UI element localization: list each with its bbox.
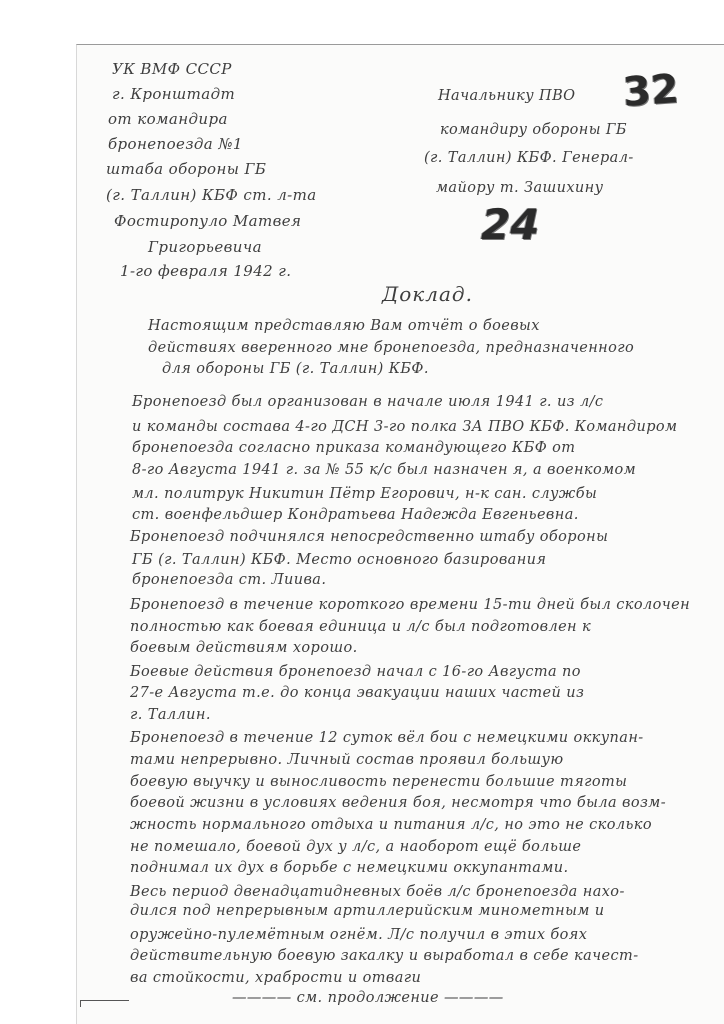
body-line: боевым действиям хорошо. bbox=[130, 640, 358, 656]
body-line: г. Таллин. bbox=[130, 707, 211, 723]
sender-line: 1-го февраля 1942 г. bbox=[120, 262, 291, 280]
body-line: боевую выучку и выносливость перенести б… bbox=[130, 774, 627, 790]
body-line: действиях вверенного мне бронепоезда, пр… bbox=[148, 340, 634, 356]
body-line: поднимал их дух в борьбе с немецкими окк… bbox=[130, 860, 569, 876]
sender-line: (г. Таллин) КБФ ст. л-та bbox=[106, 186, 317, 204]
document-title: Доклад. bbox=[382, 282, 473, 306]
body-line: Бронепоезд в течение 12 суток вёл бои с … bbox=[130, 730, 644, 746]
body-line: жность нормального отдыха и питания л/с,… bbox=[130, 817, 652, 833]
body-line: 27-е Августа т.е. до конца эвакуации наш… bbox=[130, 685, 584, 701]
sender-line: Григорьевича bbox=[148, 238, 262, 256]
addressee-line: командиру обороны ГБ bbox=[440, 122, 627, 138]
body-line: Бронепоезд подчинялся непосредственно шт… bbox=[130, 529, 608, 545]
body-line: полностью как боевая единица и л/с был п… bbox=[130, 619, 591, 635]
addressee-line: майору т. Зашихину bbox=[436, 180, 603, 196]
archive-number-24: 24 bbox=[476, 200, 545, 249]
body-line: Бронепоезд был организован в начале июля… bbox=[132, 394, 603, 410]
body-line: ГБ (г. Таллин) КБФ. Место основного бази… bbox=[132, 552, 546, 568]
body-line: Настоящим представляю Вам отчёт о боевых bbox=[148, 318, 540, 334]
body-line: бронепоезда ст. Лиива. bbox=[132, 572, 326, 588]
body-line: не помешало, боевой дух у л/с, а наоборо… bbox=[130, 839, 581, 855]
body-line: ва стойкости, храбрости и отваги bbox=[130, 970, 421, 986]
sender-line: г. Кронштадт bbox=[112, 85, 235, 103]
addressee-line: (г. Таллин) КБФ. Генерал- bbox=[424, 150, 634, 166]
body-line: тами непрерывно. Личный состав проявил б… bbox=[130, 752, 564, 768]
body-line: Бронепоезд в течение короткого времени 1… bbox=[130, 597, 690, 613]
body-line: оружейно-пулемётным огнём. Л/с получил в… bbox=[130, 927, 587, 943]
body-line: боевой жизни в условиях ведения боя, нес… bbox=[130, 795, 666, 811]
sender-line: от командира bbox=[108, 110, 228, 128]
body-line: для обороны ГБ (г. Таллин) КБФ. bbox=[162, 361, 429, 377]
body-line: и команды состава 4-го ДСН 3-го полка ЗА… bbox=[132, 419, 677, 435]
body-line: Боевые действия бронепоезд начал с 16-го… bbox=[130, 664, 581, 680]
margin-mark bbox=[80, 1000, 129, 1007]
continuation-note: ———— см. продолжение ———— bbox=[232, 990, 504, 1006]
addressee-line: Начальнику ПВО bbox=[438, 88, 575, 104]
body-line: бронепоезда согласно приказа командующег… bbox=[132, 440, 575, 456]
sender-line: бронепоезда №1 bbox=[108, 135, 243, 153]
sender-line: Фостиропуло Матвея bbox=[114, 212, 301, 230]
sender-line: УК ВМФ СССР bbox=[112, 60, 232, 78]
body-line: мл. политрук Никитин Пётр Егорович, н-к … bbox=[132, 486, 597, 502]
body-line: Весь период двенадцатидневных боёв л/с б… bbox=[130, 884, 625, 900]
archive-number-32: 32 bbox=[621, 66, 680, 116]
body-line: действительную боевую закалку и выработа… bbox=[130, 948, 639, 964]
sender-line: штаба обороны ГБ bbox=[106, 160, 266, 178]
body-line: ст. военфельдшер Кондратьева Надежда Евг… bbox=[132, 507, 579, 523]
body-line: 8-го Августа 1941 г. за № 55 к/с был наз… bbox=[132, 462, 636, 478]
body-line: дился под непрерывным артиллерийским мин… bbox=[130, 903, 605, 919]
